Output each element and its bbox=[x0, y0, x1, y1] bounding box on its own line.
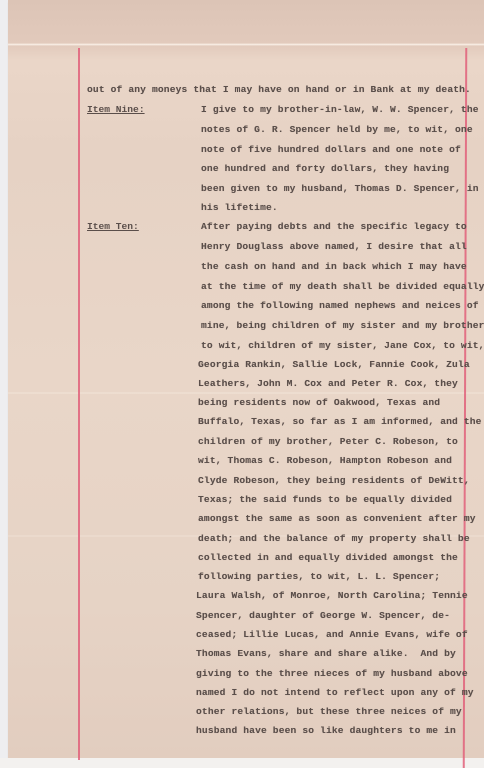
body-line: at the time of my death shall be divided… bbox=[201, 281, 484, 292]
opening-line: out of any moneys that I may have on han… bbox=[87, 84, 471, 95]
body-line: After paying debts and the specific lega… bbox=[201, 221, 467, 232]
body-line: wit, Thomas C. Robeson, Hampton Robeson … bbox=[198, 455, 452, 466]
body-line: the cash on hand and in back which I may… bbox=[201, 261, 467, 272]
body-line: I give to my brother-in-law, W. W. Spenc… bbox=[201, 104, 479, 115]
body-line: among the following named nephews and ne… bbox=[201, 300, 479, 311]
body-line: husband have been so like daughters to m… bbox=[196, 725, 456, 736]
body-line: Thomas Evans, share and share alike. And… bbox=[196, 648, 456, 659]
body-line: death; and the balance of my property sh… bbox=[198, 533, 470, 544]
body-line: Georgia Rankin, Sallie Lock, Fannie Cook… bbox=[198, 359, 470, 370]
paper-fold-crease bbox=[8, 43, 484, 46]
body-line: Texas; the said funds to be equally divi… bbox=[198, 494, 452, 505]
scanner-background-bottom bbox=[0, 758, 484, 768]
body-line: being residents now of Oakwood, Texas an… bbox=[198, 397, 440, 408]
item-ten-body: After paying debts and the specific lega… bbox=[0, 0, 12, 308]
body-line: notes of G. R. Spencer held by me, to wi… bbox=[201, 124, 473, 135]
body-line: following parties, to wit, L. L. Spencer… bbox=[198, 571, 440, 582]
body-line: to wit, children of my sister, Jane Cox,… bbox=[201, 340, 484, 351]
body-line: other relations, but these three neices … bbox=[196, 706, 462, 717]
body-line: named I do not intend to reflect upon an… bbox=[196, 687, 474, 698]
body-line: children of my brother, Peter C. Robeson… bbox=[198, 436, 458, 447]
body-line: note of five hundred dollars and one not… bbox=[201, 144, 461, 155]
body-line: Henry Douglass above named, I desire tha… bbox=[201, 241, 467, 252]
body-line: Clyde Robeson, they being residents of D… bbox=[198, 475, 470, 486]
body-line: one hundred and forty dollars, they havi… bbox=[201, 163, 449, 174]
body-line: Spencer, daughter of George W. Spencer, … bbox=[196, 610, 450, 621]
body-line: Leathers, John M. Cox and Peter R. Cox, … bbox=[198, 378, 458, 389]
body-line: Buffalo, Texas, so far as I am informed,… bbox=[198, 416, 482, 427]
body-line: amongst the same as soon as convenient a… bbox=[198, 513, 476, 524]
body-line: Laura Walsh, of Monroe, North Carolina; … bbox=[196, 590, 468, 601]
body-line: collected in and equally divided amongst… bbox=[198, 552, 458, 563]
body-line: mine, being children of my sister and my… bbox=[201, 320, 484, 331]
body-line: giving to the three nieces of my husband… bbox=[196, 668, 468, 679]
body-line: his lifetime. bbox=[201, 202, 278, 213]
left-margin-rule bbox=[78, 48, 80, 760]
item-nine-heading: Item Nine: bbox=[87, 104, 145, 115]
item-ten-heading: Item Ten: bbox=[87, 221, 139, 232]
body-line: been given to my husband, Thomas D. Spen… bbox=[201, 183, 479, 194]
body-line: ceased; Lillie Lucas, and Annie Evans, w… bbox=[196, 629, 468, 640]
